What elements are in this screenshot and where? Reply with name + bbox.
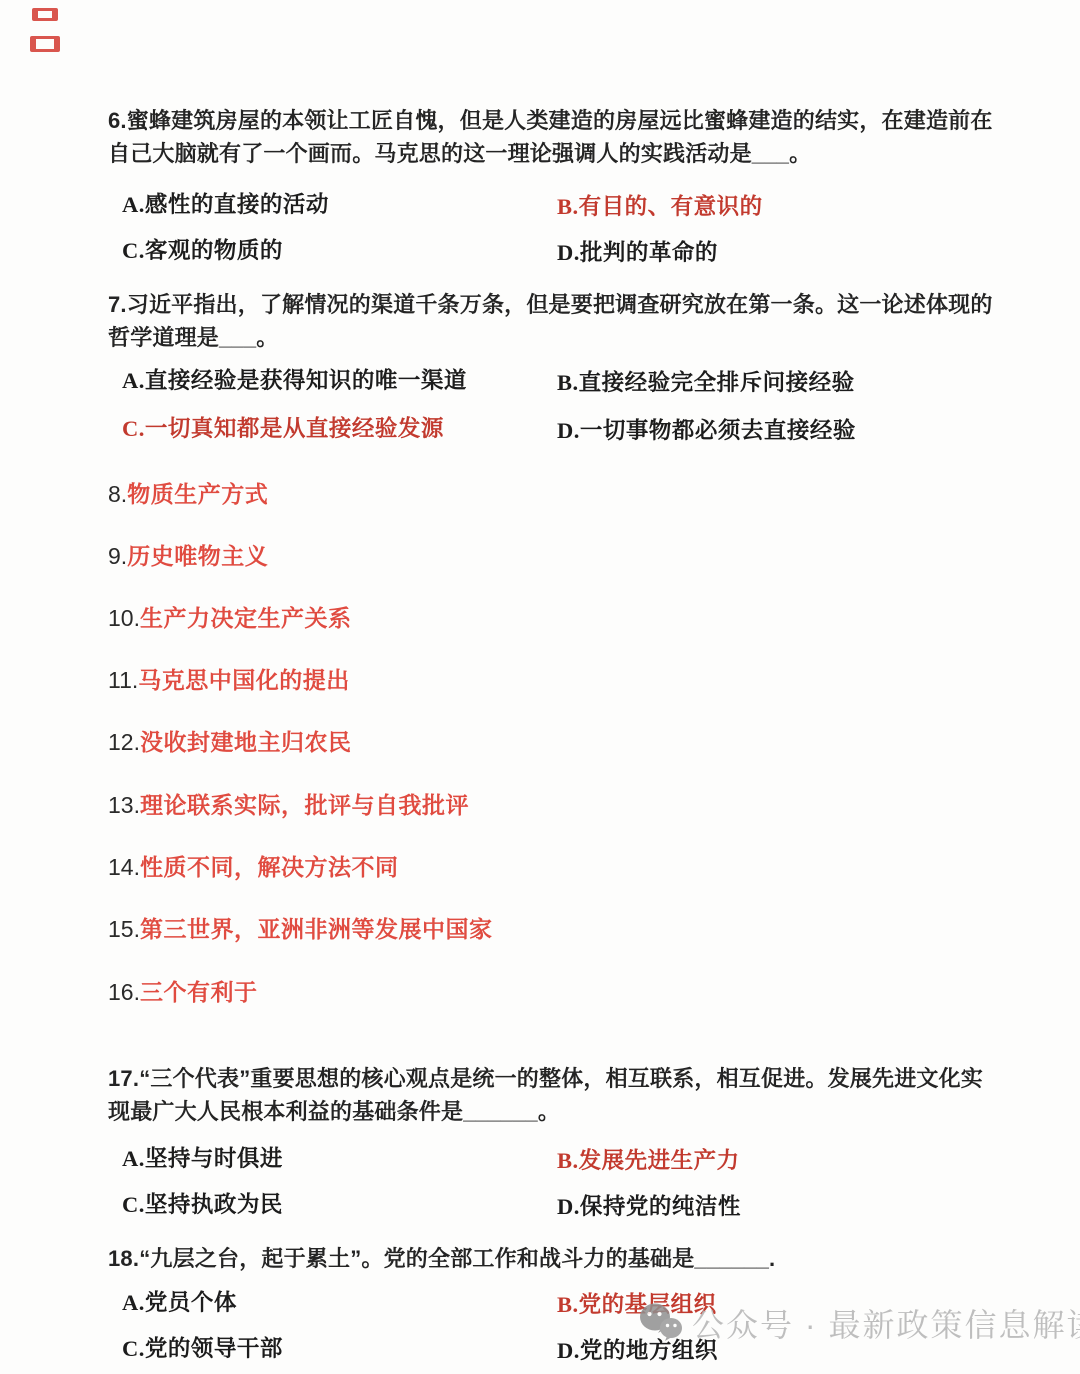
short-answer-8: 8.物质生产方式 [108, 479, 268, 509]
question-7-option-c-answer: C.一切真知都是从直接经验发源 [122, 414, 444, 444]
question-6-option-c: C.客观的物质的 [122, 236, 283, 266]
item-answer-text: 历史唯物主义 [127, 543, 268, 569]
short-answer-10: 10.生产力决定生产关系 [108, 603, 351, 633]
question-18-stem: 18.“九层之台，起于累土”。党的全部工作和战斗力的基础是______. [108, 1242, 1003, 1275]
short-answer-9: 9.历史唯物主义 [108, 541, 268, 571]
short-answer-11: 11.马克思中国化的提出 [108, 665, 350, 695]
question-7-stem: 7.习近平指出，了解情况的渠道千条万条，但是要把调查研究放在第一条。这一论述体现… [108, 288, 1003, 354]
question-7-option-a: A.直接经验是获得知识的唯一渠道 [122, 366, 467, 396]
watermark: 公众号 · 最新政策信息解读 [638, 1300, 1080, 1346]
question-6-stem: 6.蜜蜂建筑房屋的本领让工匠自愧，但是人类建造的房屋远比蜜蜂建造的结实，在建造前… [108, 104, 1003, 170]
question-17-text: “三个代表”重要思想的核心观点是统一的整体，相互联系，相互促进。发展先进文化实现… [108, 1066, 983, 1124]
short-answer-13: 13.理论联系实际，批评与自我批评 [108, 790, 469, 820]
question-7-option-b: B.直接经验完全排斥问接经验 [557, 368, 855, 398]
item-answer-text: 第三世界，亚洲非洲等发展中国家 [140, 916, 493, 942]
question-18-text: “九层之台，起于累土”。党的全部工作和战斗力的基础是______. [139, 1246, 775, 1271]
item-number: 14. [108, 854, 140, 880]
question-17-option-b-answer: B.发展先进生产力 [557, 1146, 740, 1176]
question-18-option-a: A.党员个体 [122, 1288, 237, 1318]
item-number: 11. [108, 667, 138, 693]
short-answer-12: 12.没收封建地主归农民 [108, 727, 351, 757]
item-number: 16. [108, 979, 140, 1005]
short-answer-16: 16.三个有利于 [108, 977, 257, 1007]
question-6-option-d: D.批判的革命的 [557, 238, 718, 268]
item-answer-text: 三个有利于 [140, 979, 258, 1005]
red-scan-fragment [30, 36, 60, 52]
question-6-option-a: A.感性的直接的活动 [122, 190, 329, 220]
item-answer-text: 物质生产方式 [127, 481, 268, 507]
question-18-number: 18. [108, 1246, 139, 1271]
question-17-option-d: D.保持党的纯洁性 [557, 1192, 741, 1222]
red-scan-fragment [32, 8, 58, 21]
question-17-number: 17. [108, 1066, 139, 1091]
question-7-number: 7. [108, 292, 127, 317]
question-17-option-c: C.坚持执政为民 [122, 1190, 283, 1220]
item-number: 15. [108, 916, 140, 942]
watermark-text: 公众号 · 最新政策信息解读 [692, 1300, 1080, 1346]
item-number: 13. [108, 792, 140, 818]
item-number: 9. [108, 543, 127, 569]
item-number: 10. [108, 605, 140, 631]
exam-document-page: 6.蜜蜂建筑房屋的本领让工匠自愧，但是人类建造的房屋远比蜜蜂建造的结实，在建造前… [0, 0, 1080, 1374]
item-answer-text: 性质不同，解决方法不同 [140, 854, 399, 880]
question-17-option-a: A.坚持与时俱进 [122, 1144, 283, 1174]
question-6-text: 蜜蜂建筑房屋的本领让工匠自愧，但是人类建造的房屋远比蜜蜂建造的结实，在建造前在自… [108, 108, 993, 166]
item-answer-text: 生产力决定生产关系 [140, 605, 352, 631]
item-number: 8. [108, 481, 127, 507]
question-6-number: 6. [108, 108, 127, 133]
question-17-stem: 17.“三个代表”重要思想的核心观点是统一的整体，相互联系，相互促进。发展先进文… [108, 1062, 1003, 1128]
short-answer-15: 15.第三世界，亚洲非洲等发展中国家 [108, 914, 492, 944]
short-answer-14: 14.性质不同，解决方法不同 [108, 852, 398, 882]
item-answer-text: 马克思中国化的提出 [138, 667, 350, 693]
question-6-option-b-answer: B.有目的、有意识的 [557, 192, 763, 222]
item-number: 12. [108, 729, 140, 755]
item-answer-text: 理论联系实际，批评与自我批评 [140, 792, 469, 818]
question-7-text: 习近平指出，了解情况的渠道千条万条，但是要把调查研究放在第一条。这一论述体现的哲… [108, 292, 993, 350]
question-18-option-c: C.党的领导干部 [122, 1334, 283, 1364]
wechat-icon [638, 1302, 684, 1344]
question-7-option-d: D.一切事物都必须去直接经验 [557, 416, 856, 446]
item-answer-text: 没收封建地主归农民 [140, 729, 352, 755]
